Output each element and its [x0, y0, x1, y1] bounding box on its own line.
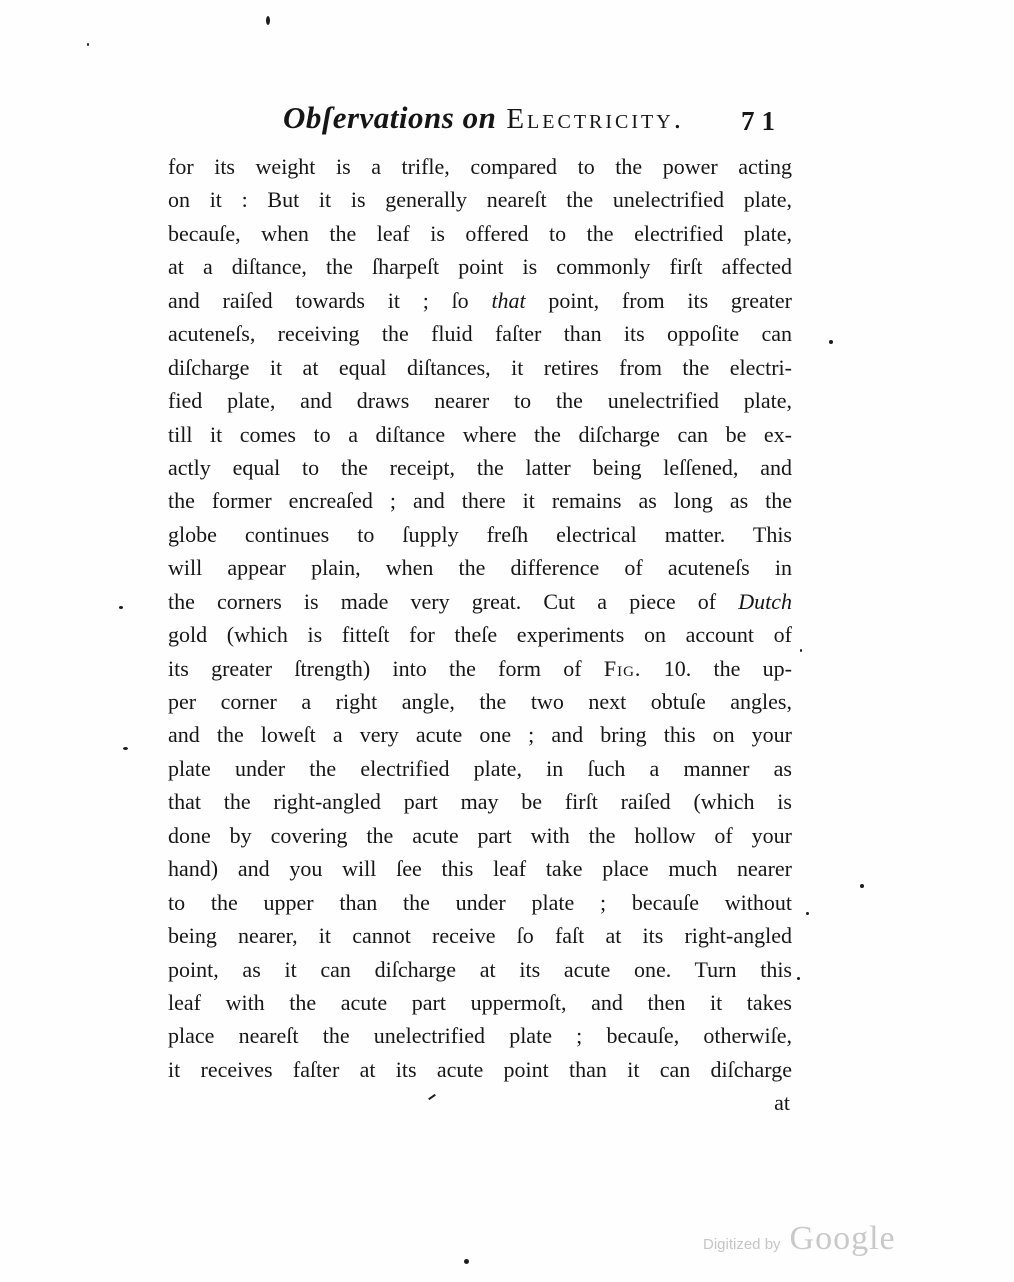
- text-line: gold (which is fitteſt for theſe experim…: [168, 618, 792, 651]
- header-title-italic: Obſervations on: [283, 100, 496, 135]
- catchword: at: [168, 1086, 792, 1120]
- text-line: acuteneſs, receiving the fluid faſter th…: [168, 317, 792, 350]
- text-line: its greater ſtrength) into the form of F…: [168, 652, 792, 685]
- book-page-scan: Obſervations onElectricity. 71 for its w…: [0, 0, 1014, 1282]
- text-line: per corner a right angle, the two next o…: [168, 685, 792, 718]
- italic-word: that: [491, 288, 525, 313]
- google-logo: Google: [790, 1220, 896, 1258]
- text-line: and the loweſt a very acute one ; and br…: [168, 718, 792, 751]
- italic-word: Dutch: [738, 589, 792, 614]
- text-line: that the right-angled part may be firſt …: [168, 785, 792, 818]
- figure-reference: Fig.: [604, 656, 642, 681]
- text-line: actly equal to the receipt, the latter b…: [168, 451, 792, 484]
- scan-speck: [800, 649, 802, 652]
- header-title-caps: Electricity.: [506, 103, 684, 135]
- scan-speck: [119, 606, 123, 609]
- scan-speck: [87, 43, 89, 46]
- text-line: point, as it can diſcharge at its acute …: [168, 953, 792, 986]
- google-watermark: Digitized by Google: [703, 1220, 896, 1258]
- watermark-prefix: Digitized by: [703, 1236, 781, 1253]
- text-line: at a diſtance, the ſharpeſt point is com…: [168, 250, 792, 283]
- text-line: plate under the electrified plate, in ſu…: [168, 752, 792, 785]
- text-line: fied plate, and draws nearer to the unel…: [168, 384, 792, 417]
- scan-speck: [806, 912, 809, 915]
- text-line: on it : But it is generally neareſt the …: [168, 183, 792, 216]
- text-line: place neareſt the unelectrified plate ; …: [168, 1019, 792, 1052]
- text-line: becauſe, when the leaf is offered to the…: [168, 217, 792, 250]
- scan-speck: [860, 884, 864, 888]
- text-line: hand) and you will ſee this leaf take pl…: [168, 852, 792, 885]
- scan-speck: [829, 340, 833, 344]
- text-line: and raiſed towards it ; ſo that point, f…: [168, 284, 792, 317]
- page-number: 71: [741, 108, 782, 135]
- text-line: for its weight is a trifle, compared to …: [168, 150, 792, 183]
- text-line: till it comes to a diſtance where the di…: [168, 418, 792, 451]
- text-line: being nearer, it cannot receive ſo faſt …: [168, 919, 792, 952]
- running-header: Obſervations onElectricity.: [283, 102, 684, 134]
- scan-speck: [464, 1259, 469, 1264]
- scan-speck: [797, 977, 800, 980]
- scan-speck: [123, 747, 128, 750]
- text-line: to the upper than the under plate ; beca…: [168, 886, 792, 919]
- text-line: leaf with the acute part uppermoſt, and …: [168, 986, 792, 1019]
- body-text-block: for its weight is a trifle, compared to …: [168, 150, 792, 1120]
- text-line: the corners is made very great. Cut a pi…: [168, 585, 792, 618]
- scan-speck: [266, 16, 270, 25]
- text-line: will appear plain, when the difference o…: [168, 551, 792, 584]
- text-line: done by covering the acute part with the…: [168, 819, 792, 852]
- text-line: the former encreaſed ; and there it rema…: [168, 484, 792, 517]
- text-line: globe continues to ſupply freſh electric…: [168, 518, 792, 551]
- text-line: diſcharge it at equal diſtances, it reti…: [168, 351, 792, 384]
- text-line: it receives faſter at its acute point th…: [168, 1053, 792, 1086]
